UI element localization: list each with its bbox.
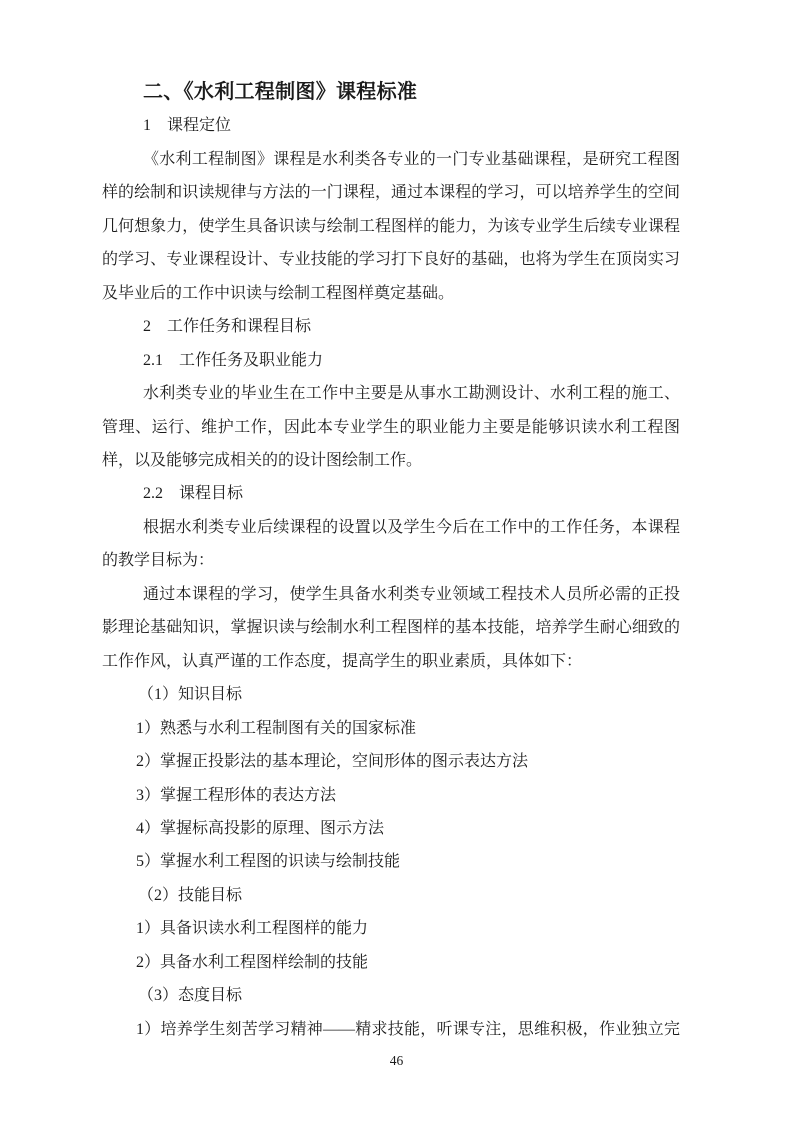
section-2-heading: 2 工作任务和课程目标 xyxy=(102,310,680,343)
knowledge-objective-item-2: 2）掌握正投影法的基本理论，空间形体的图示表达方法 xyxy=(102,745,680,778)
skill-objective-item-2: 2）具备水利工程图样绘制的技能 xyxy=(102,946,680,979)
section-2-2-paragraph-1: 根据水利类专业后续课程的设置以及学生今后在工作中的工作任务，本课程的教学目标为： xyxy=(102,511,680,578)
attitude-objective-item-1: 1）培养学生刻苦学习精神——精求技能，听课专注，思维积极，作业独立完 xyxy=(102,1013,680,1046)
section-2-2-paragraph-2: 通过本课程的学习，使学生具备水利类专业领域工程技术人员所必需的正投影理论基础知识… xyxy=(102,578,680,678)
section-2-1-heading: 2.1 工作任务及职业能力 xyxy=(102,344,680,377)
section-1-paragraph: 《水利工程制图》课程是水利类各专业的一门专业基础课程，是研究工程图样的绘制和识读… xyxy=(102,143,680,310)
knowledge-objective-item-3: 3）掌握工程形体的表达方法 xyxy=(102,779,680,812)
document-title: 二、《水利工程制图》课程标准 xyxy=(102,76,680,109)
page-content: 二、《水利工程制图》课程标准 1 课程定位 《水利工程制图》课程是水利类各专业的… xyxy=(102,76,680,1046)
skill-objectives-heading: （2）技能目标 xyxy=(102,879,680,912)
page-number: 46 xyxy=(0,1044,793,1077)
document-page: 二、《水利工程制图》课程标准 1 课程定位 《水利工程制图》课程是水利类各专业的… xyxy=(0,0,793,1122)
section-2-2-heading: 2.2 课程目标 xyxy=(102,477,680,510)
knowledge-objective-item-4: 4）掌握标高投影的原理、图示方法 xyxy=(102,812,680,845)
knowledge-objectives-heading: （1）知识目标 xyxy=(102,678,680,711)
attitude-objectives-heading: （3）态度目标 xyxy=(102,979,680,1012)
knowledge-objective-item-1: 1）熟悉与水利工程制图有关的国家标准 xyxy=(102,712,680,745)
skill-objective-item-1: 1）具备识读水利工程图样的能力 xyxy=(102,912,680,945)
section-2-1-paragraph: 水利类专业的毕业生在工作中主要是从事水工勘测设计、水利工程的施工、管理、运行、维… xyxy=(102,377,680,477)
section-1-heading: 1 课程定位 xyxy=(102,109,680,142)
knowledge-objective-item-5: 5）掌握水利工程图的识读与绘制技能 xyxy=(102,845,680,878)
